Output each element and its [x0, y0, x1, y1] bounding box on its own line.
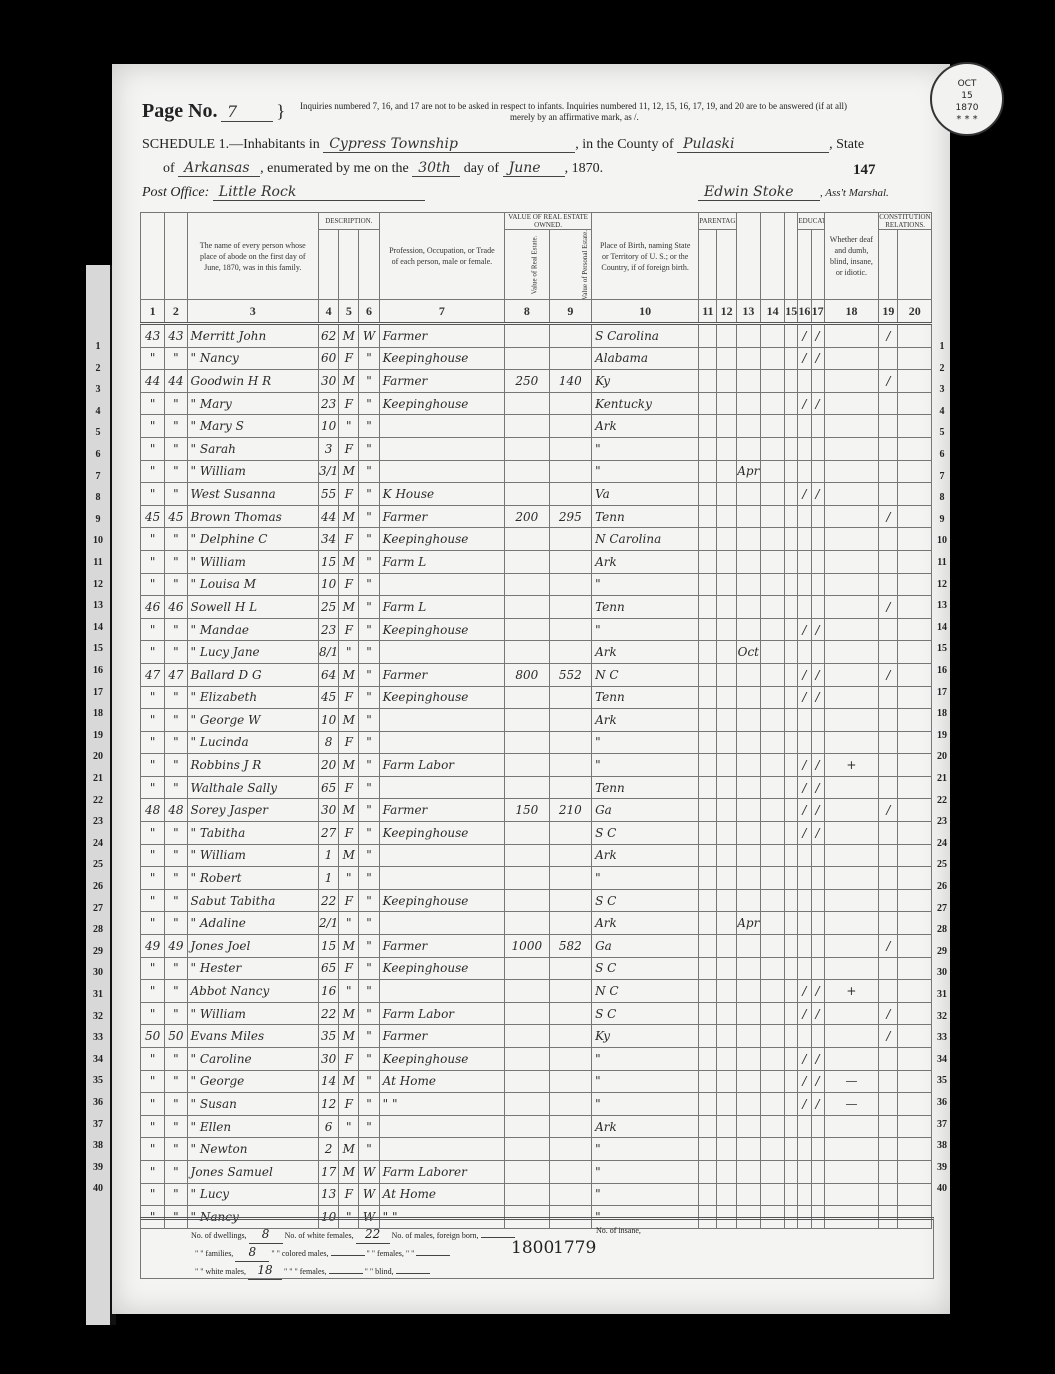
married-month	[760, 799, 784, 822]
column-number: 12	[717, 300, 736, 324]
sex: "	[339, 980, 359, 1003]
table-row: ""Abbot Nancy16""N C//+	[141, 980, 932, 1003]
family-number: 47	[165, 663, 187, 686]
family-number: "	[165, 347, 187, 370]
family-number: "	[165, 573, 187, 596]
col-header-disability: Whether deaf and dumb, blind, insane, or…	[824, 213, 879, 300]
occupation: Farm L	[379, 596, 504, 619]
cannot-write	[811, 460, 824, 483]
disability	[824, 867, 879, 890]
line-number: 37	[932, 1119, 952, 1130]
cannot-read: /	[798, 324, 811, 348]
line-number: 15	[86, 643, 110, 654]
cannot-write	[811, 1183, 824, 1206]
foreign-males-label: No. of males, foreign born,	[392, 1231, 479, 1240]
vote-denied	[898, 483, 932, 506]
vote-denied	[898, 324, 932, 348]
table-row: """ Mandae23F"Keepinghouse"//	[141, 618, 932, 641]
disability: +	[824, 980, 879, 1003]
sex: F	[339, 822, 359, 845]
col-header-school: Attended school within the year.	[785, 213, 798, 300]
father-foreign	[699, 437, 717, 460]
disability	[824, 663, 879, 686]
mother-foreign	[717, 415, 736, 438]
col-group-description: DESCRIPTION.	[318, 213, 379, 230]
birthplace: Ark	[592, 709, 699, 732]
line-number: 12	[932, 579, 952, 590]
father-foreign	[699, 980, 717, 1003]
birthplace: Ark	[592, 550, 699, 573]
dwelling-number: "	[141, 415, 165, 438]
line-number: 18	[932, 708, 952, 719]
col-header-real-estate: Value of Real Estate.	[505, 230, 550, 300]
male-citizen	[879, 483, 898, 506]
col-header-married-month: If married within the year, state month …	[760, 213, 784, 300]
age: 13	[318, 1183, 338, 1206]
sex: F	[339, 483, 359, 506]
table-row: """ William3/12M""Apr	[141, 460, 932, 483]
born-month: Apr	[736, 460, 760, 483]
age: 64	[318, 663, 338, 686]
sex: M	[339, 460, 359, 483]
vote-denied	[898, 1138, 932, 1161]
disability	[824, 912, 879, 935]
column-number: 10	[592, 300, 699, 324]
mother-foreign	[717, 912, 736, 935]
column-number: 3	[187, 300, 318, 324]
age: 6	[318, 1115, 338, 1138]
col-header-age: Age at last birthday. If under 1 year, g…	[318, 230, 338, 300]
family-number: "	[165, 415, 187, 438]
total-personal-estate: 1779	[553, 1238, 596, 1258]
colored-males-count	[331, 1255, 365, 1256]
person-name: Abbot Nancy	[187, 980, 318, 1003]
occupation: Keepinghouse	[379, 392, 504, 415]
family-number: 46	[165, 596, 187, 619]
personal-estate-value	[549, 822, 591, 845]
col-header-born-month: If born within the year, state month (Ja…	[736, 213, 760, 300]
attended-school	[785, 1160, 798, 1183]
cannot-read: /	[798, 754, 811, 777]
occupation: At Home	[379, 1070, 504, 1093]
married-month	[760, 980, 784, 1003]
age: 16	[318, 980, 338, 1003]
mother-foreign	[717, 957, 736, 980]
disability	[824, 573, 879, 596]
mother-foreign	[717, 550, 736, 573]
color: "	[359, 370, 379, 393]
married-month	[760, 505, 784, 528]
table-row: """ Lucy13FWAt Home"	[141, 1183, 932, 1206]
male-citizen	[879, 686, 898, 709]
column-number: 8	[505, 300, 550, 324]
column-number: 11	[699, 300, 717, 324]
person-name: Walthale Sally	[187, 776, 318, 799]
foreign-males-count	[481, 1237, 515, 1238]
attended-school	[785, 1115, 798, 1138]
married-month	[760, 1002, 784, 1025]
table-row: 4949Jones Joel15M"Farmer1000582Ga/	[141, 935, 932, 958]
male-citizen	[879, 889, 898, 912]
dwelling-number: 49	[141, 935, 165, 958]
disability	[824, 1160, 879, 1183]
mother-foreign	[717, 370, 736, 393]
birthplace: S C	[592, 822, 699, 845]
married-month	[760, 347, 784, 370]
table-row: """ George14M"At Home"//—	[141, 1070, 932, 1093]
mother-foreign	[717, 935, 736, 958]
color: "	[359, 505, 379, 528]
personal-estate-value	[549, 1183, 591, 1206]
personal-estate-value	[549, 528, 591, 551]
married-month	[760, 437, 784, 460]
vote-denied	[898, 392, 932, 415]
disability	[824, 505, 879, 528]
male-citizen	[879, 460, 898, 483]
family-number: 44	[165, 370, 187, 393]
occupation: Farmer	[379, 370, 504, 393]
born-month	[736, 731, 760, 754]
line-number: 24	[86, 838, 110, 849]
occupation	[379, 867, 504, 890]
born-month	[736, 324, 760, 348]
born-month	[736, 822, 760, 845]
father-foreign	[699, 573, 717, 596]
col-header-family: Families, numbered in the order of visit…	[165, 213, 187, 300]
sex: "	[339, 1115, 359, 1138]
attended-school	[785, 415, 798, 438]
line-number: 40	[932, 1183, 952, 1194]
married-month	[760, 912, 784, 935]
father-foreign	[699, 1002, 717, 1025]
occupation: Farmer	[379, 935, 504, 958]
dwelling-number: "	[141, 1070, 165, 1093]
age: 3/12	[318, 460, 338, 483]
born-month	[736, 596, 760, 619]
cannot-write	[811, 957, 824, 980]
dwelling-number: "	[141, 686, 165, 709]
born-month	[736, 1002, 760, 1025]
person-name: " Louisa M	[187, 573, 318, 596]
summary-counts: No. of dwellings, 8 No. of white females…	[191, 1226, 515, 1280]
column-number: 20	[898, 300, 932, 324]
born-month	[736, 776, 760, 799]
person-name: " Ellen	[187, 1115, 318, 1138]
dwelling-number: 44	[141, 370, 165, 393]
male-citizen: /	[879, 324, 898, 348]
cannot-read: /	[798, 618, 811, 641]
sex: M	[339, 663, 359, 686]
cannot-write	[811, 528, 824, 551]
born-month	[736, 1093, 760, 1116]
sex: "	[339, 867, 359, 890]
dwelling-number: "	[141, 889, 165, 912]
line-number: 17	[86, 687, 110, 698]
personal-estate-value	[549, 754, 591, 777]
personal-estate-value	[549, 1115, 591, 1138]
mother-foreign	[717, 437, 736, 460]
married-month	[760, 867, 784, 890]
birthplace: "	[592, 867, 699, 890]
table-row: """ Caroline30F"Keepinghouse"//	[141, 1048, 932, 1071]
column-number: 2	[165, 300, 187, 324]
cannot-read	[798, 1183, 811, 1206]
column-number: 15	[785, 300, 798, 324]
mother-foreign	[717, 1115, 736, 1138]
col-header-sex: Sex.—Males (M.), Females (F.)	[339, 230, 359, 300]
line-number: 11	[932, 557, 952, 568]
sex: M	[339, 799, 359, 822]
personal-estate-value	[549, 1002, 591, 1025]
age: 8/12	[318, 641, 338, 664]
real-estate-value	[505, 1138, 550, 1161]
cannot-read: /	[798, 1093, 811, 1116]
vote-denied	[898, 437, 932, 460]
male-citizen	[879, 844, 898, 867]
cannot-read: /	[798, 1070, 811, 1093]
families-count: 8	[235, 1244, 269, 1262]
line-number: 33	[932, 1032, 952, 1043]
age: 12	[318, 1093, 338, 1116]
disability	[824, 844, 879, 867]
person-name: Sorey Jasper	[187, 799, 318, 822]
personal-estate-value	[549, 867, 591, 890]
married-month	[760, 460, 784, 483]
col-header-name: The name of every person whose place of …	[187, 213, 318, 300]
born-month	[736, 505, 760, 528]
family-number: "	[165, 867, 187, 890]
real-estate-value	[505, 731, 550, 754]
occupation: " "	[379, 1093, 504, 1116]
disability	[824, 799, 879, 822]
sex: "	[339, 415, 359, 438]
line-number: 33	[86, 1032, 110, 1043]
married-month	[760, 415, 784, 438]
cannot-write	[811, 1138, 824, 1161]
mother-foreign	[717, 1093, 736, 1116]
table-row: """ Ellen6""Ark	[141, 1115, 932, 1138]
enumeration-line: of Arkansas, enumerated by me on the 30t…	[163, 160, 603, 177]
dwelling-number: "	[141, 1183, 165, 1206]
dwelling-number: "	[141, 776, 165, 799]
attended-school	[785, 663, 798, 686]
day-field: 30th	[412, 160, 460, 177]
dwelling-number: "	[141, 912, 165, 935]
vote-denied	[898, 370, 932, 393]
disability	[824, 528, 879, 551]
column-number: 19	[879, 300, 898, 324]
sex: F	[339, 392, 359, 415]
birthplace: Ky	[592, 1025, 699, 1048]
stamp-stars: * * *	[932, 114, 1002, 126]
color: "	[359, 1048, 379, 1071]
family-number: "	[165, 822, 187, 845]
person-name: " William	[187, 460, 318, 483]
person-name: " William	[187, 1002, 318, 1025]
line-number: 35	[86, 1075, 110, 1086]
table-row: """ William22M"Farm LaborS C///	[141, 1002, 932, 1025]
born-month	[736, 573, 760, 596]
cannot-read	[798, 709, 811, 732]
color: "	[359, 844, 379, 867]
post-office-field: Little Rock	[213, 184, 425, 201]
cannot-read	[798, 912, 811, 935]
married-month	[760, 573, 784, 596]
attended-school	[785, 867, 798, 890]
occupation: Farm L	[379, 550, 504, 573]
attended-school	[785, 573, 798, 596]
birthplace: "	[592, 618, 699, 641]
line-number: 29	[86, 946, 110, 957]
occupation: Keepinghouse	[379, 957, 504, 980]
age: 65	[318, 776, 338, 799]
col-header-mother-foreign: Mother of foreign birth.	[717, 230, 736, 300]
birthplace: Ark	[592, 641, 699, 664]
line-number: 39	[86, 1162, 110, 1173]
born-month	[736, 528, 760, 551]
color: "	[359, 663, 379, 686]
occupation	[379, 415, 504, 438]
father-foreign	[699, 1048, 717, 1071]
cannot-read: /	[798, 483, 811, 506]
line-number: 20	[932, 751, 952, 762]
born-month	[736, 550, 760, 573]
born-month	[736, 980, 760, 1003]
cannot-read: /	[798, 347, 811, 370]
male-citizen	[879, 618, 898, 641]
male-citizen	[879, 573, 898, 596]
vote-denied	[898, 641, 932, 664]
sex: F	[339, 528, 359, 551]
married-month	[760, 686, 784, 709]
male-citizen	[879, 912, 898, 935]
personal-estate-value	[549, 1048, 591, 1071]
col-header-color: Color.—White (W.), Black (B.), Mulatto (…	[359, 230, 379, 300]
real-estate-value	[505, 1048, 550, 1071]
vote-denied	[898, 867, 932, 890]
personal-estate-value	[549, 1070, 591, 1093]
person-name: " George W	[187, 709, 318, 732]
cannot-read	[798, 596, 811, 619]
table-row: ""West Susanna55F"K HouseVa//	[141, 483, 932, 506]
father-foreign	[699, 1115, 717, 1138]
cannot-write	[811, 912, 824, 935]
vote-denied	[898, 844, 932, 867]
line-number: 23	[86, 816, 110, 827]
birthplace: S C	[592, 1002, 699, 1025]
cannot-read	[798, 370, 811, 393]
families-label: " " families,	[195, 1249, 233, 1258]
sex: F	[339, 1093, 359, 1116]
mother-foreign	[717, 799, 736, 822]
mother-foreign	[717, 663, 736, 686]
person-name: " Mary	[187, 392, 318, 415]
dwelling-number: "	[141, 573, 165, 596]
cannot-write: /	[811, 822, 824, 845]
real-estate-value	[505, 709, 550, 732]
attended-school	[785, 460, 798, 483]
vote-denied	[898, 754, 932, 777]
cannot-read	[798, 1115, 811, 1138]
vote-denied	[898, 957, 932, 980]
sex: M	[339, 1138, 359, 1161]
color: "	[359, 392, 379, 415]
father-foreign	[699, 460, 717, 483]
table-row: ""Robbins J R20M"Farm Labor"//+	[141, 754, 932, 777]
dwelling-number: 50	[141, 1025, 165, 1048]
mother-foreign	[717, 867, 736, 890]
occupation	[379, 844, 504, 867]
father-foreign	[699, 822, 717, 845]
state-field: Arkansas	[178, 160, 260, 177]
disability	[824, 935, 879, 958]
real-estate-value	[505, 618, 550, 641]
dwelling-number: "	[141, 822, 165, 845]
personal-estate-value: 582	[549, 935, 591, 958]
occupation	[379, 573, 504, 596]
cannot-read: /	[798, 776, 811, 799]
male-citizen	[879, 822, 898, 845]
disability	[824, 324, 879, 348]
born-month	[736, 799, 760, 822]
occupation: Farmer	[379, 505, 504, 528]
real-estate-value	[505, 1002, 550, 1025]
color: "	[359, 1115, 379, 1138]
line-number: 31	[932, 989, 952, 1000]
dwelling-number: "	[141, 392, 165, 415]
married-month	[760, 641, 784, 664]
table-row: """ Robert1"""	[141, 867, 932, 890]
personal-estate-value	[549, 618, 591, 641]
father-foreign	[699, 799, 717, 822]
person-name: " George	[187, 1070, 318, 1093]
family-number: "	[165, 1138, 187, 1161]
attended-school	[785, 1002, 798, 1025]
married-month	[760, 935, 784, 958]
birthplace: "	[592, 1138, 699, 1161]
color: "	[359, 641, 379, 664]
father-foreign	[699, 957, 717, 980]
real-estate-value	[505, 776, 550, 799]
birthplace: Ark	[592, 415, 699, 438]
white-males-label: " " white males,	[195, 1267, 246, 1276]
color: "	[359, 889, 379, 912]
age: 60	[318, 347, 338, 370]
vote-denied	[898, 980, 932, 1003]
age: 10	[318, 709, 338, 732]
color: "	[359, 573, 379, 596]
cannot-write	[811, 596, 824, 619]
occupation: At Home	[379, 1183, 504, 1206]
mother-foreign	[717, 483, 736, 506]
age: 15	[318, 550, 338, 573]
sex: F	[339, 957, 359, 980]
mother-foreign	[717, 686, 736, 709]
attended-school	[785, 980, 798, 1003]
mother-foreign	[717, 731, 736, 754]
of-label: of	[163, 161, 175, 176]
line-number: 36	[932, 1097, 952, 1108]
dwelling-number: "	[141, 618, 165, 641]
cannot-read	[798, 935, 811, 958]
male-citizen	[879, 347, 898, 370]
family-number: "	[165, 460, 187, 483]
attended-school	[785, 799, 798, 822]
line-number: 34	[86, 1054, 110, 1065]
line-number: 15	[932, 643, 952, 654]
cannot-write: /	[811, 776, 824, 799]
line-number: 38	[932, 1140, 952, 1151]
